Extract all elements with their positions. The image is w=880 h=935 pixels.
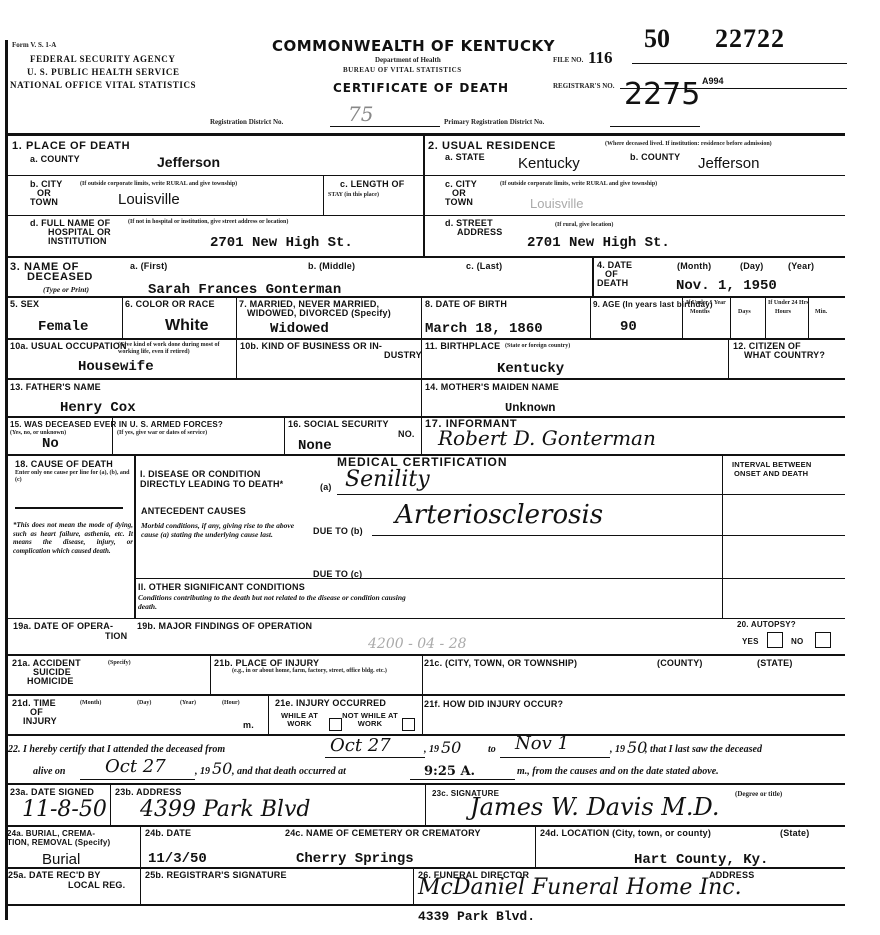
rule	[410, 779, 515, 780]
days-label: Days	[738, 309, 751, 316]
disposition-label-2: TION, REMOVAL (Specify)	[7, 838, 110, 847]
injury-state-label: (STATE)	[757, 659, 793, 668]
date-recd-label-2: LOCAL REG.	[68, 881, 125, 890]
alive-year-prefix: , 19	[195, 768, 210, 777]
date-recd-label: 25a. DATE REC'D BY	[8, 871, 101, 880]
registrars-no-line	[620, 88, 847, 89]
time-of-injury-injury: INJURY	[23, 717, 57, 726]
autopsy-yes-checkbox[interactable]	[767, 632, 783, 648]
divider	[112, 416, 113, 454]
res-state-value: Kentucky	[518, 156, 580, 171]
city-value: Louisville	[118, 192, 180, 207]
agency-line-2: U. S. PUBLIC HEALTH SERVICE	[27, 67, 180, 77]
cert-from-year: 50	[441, 738, 461, 758]
dob-value: March 18, 1860	[425, 322, 543, 336]
cert-line1-a: 22. I hereby certify that I attended the…	[8, 746, 225, 755]
city-note: (If outside corporate limits, write RURA…	[80, 181, 237, 188]
sex-label: 5. SEX	[10, 300, 39, 309]
date-signed-value: 11-8-50	[22, 800, 107, 820]
res-state-label: a. STATE	[445, 153, 485, 162]
city-label-town: TOWN	[30, 198, 58, 207]
findings-label: 19b. MAJOR FINDINGS OF OPERATION	[137, 622, 312, 631]
row-line	[5, 654, 845, 656]
cert-line1-b: , that I last saw the deceased	[645, 746, 762, 755]
day-label: (Day)	[740, 262, 764, 271]
deceased-name-value: Sarah Frances Gonterman	[148, 283, 341, 297]
cause-note: Enter only one cause per line for (a), (…	[15, 470, 130, 483]
row-line	[134, 578, 374, 579]
res-city-value: Louisville	[530, 196, 583, 211]
race-value: White	[165, 318, 209, 333]
row-line	[5, 256, 845, 258]
row-line	[423, 175, 845, 176]
burial-date-value: 11/3/50	[148, 852, 207, 866]
row-line	[5, 734, 845, 736]
line-b-value: Arteriosclerosis	[395, 505, 603, 525]
res-street-value: 2701 New High St.	[527, 236, 670, 250]
registrars-no-handwritten: 2275	[624, 80, 700, 110]
res-city-note: (If outside corporate limits, write RURA…	[500, 181, 657, 188]
date-of-operation-label: 19a. DATE OF OPERA-	[13, 622, 113, 631]
date-signed-label: 23a. DATE SIGNED	[10, 788, 94, 797]
divider	[236, 296, 237, 338]
address-label: 23b. ADDRESS	[115, 788, 182, 797]
state-title: COMMONWEALTH OF KENTUCKY	[272, 37, 555, 55]
signature-value: James W. Davis M.D.	[470, 797, 720, 817]
divider	[728, 338, 729, 378]
injury-city-label: 21c. (CITY, TOWN, OR TOWNSHIP)	[424, 659, 577, 668]
age-value: 90	[620, 320, 637, 334]
ssn-value: None	[298, 439, 332, 453]
cert-line2-b: m., from the causes and on the date stat…	[517, 768, 719, 777]
not-while-at-work-checkbox[interactable]	[402, 718, 415, 731]
row-line	[5, 378, 845, 380]
location-label: 24d. LOCATION (City, town, or county)	[540, 829, 711, 838]
usual-residence-note: (Where deceased lived. If institution: r…	[605, 141, 772, 148]
sex-value: Female	[38, 320, 88, 334]
row-line	[5, 618, 845, 619]
time-day: (Day)	[137, 700, 151, 707]
citizen-label-2: WHAT COUNTRY?	[744, 351, 825, 360]
armed-forces-label: 15. WAS DECEASED EVER IN U. S. ARMED FOR…	[10, 420, 223, 429]
mother-label: 14. MOTHER'S MAIDEN NAME	[425, 383, 559, 392]
row-line	[5, 296, 845, 298]
res-street-note: (If rural, give location)	[555, 222, 613, 229]
file-no-label: FILE NO.	[553, 57, 583, 64]
informant-value: Robert D. Gonterman	[438, 428, 656, 448]
time-hour: (Hour)	[222, 700, 240, 707]
hospital-value: 2701 New High St.	[210, 236, 353, 250]
disease-label: I. DISEASE OR CONDITION	[140, 470, 261, 479]
marital-value: Widowed	[270, 322, 329, 336]
divider	[140, 825, 141, 904]
divider	[682, 296, 683, 338]
date-of-death-death: DEATH	[597, 279, 628, 288]
county-value: Jefferson	[157, 155, 220, 170]
name-type-or-print: (Type or Print)	[43, 286, 89, 295]
registrars-no-typed: A994	[702, 76, 724, 86]
divider	[122, 296, 123, 338]
divider	[236, 338, 237, 378]
cert-from-year-prefix: , 19	[424, 746, 439, 755]
location-value: Hart County, Ky.	[634, 853, 768, 867]
month-label: (Month)	[677, 262, 711, 271]
disease-label-2: DIRECTLY LEADING TO DEATH*	[140, 480, 283, 489]
marital-label-2: WIDOWED, DIVORCED (Specify)	[247, 309, 391, 318]
bureau-label: BUREAU OF VITAL STATISTICS	[343, 67, 462, 74]
father-value: Henry Cox	[60, 401, 136, 415]
row-line	[5, 694, 845, 696]
agency-line-1: FEDERAL SECURITY AGENCY	[30, 54, 176, 64]
hospital-note: (If not in hospital or institution, give…	[128, 219, 288, 226]
place-of-death-label: 1. PLACE OF DEATH	[12, 141, 130, 152]
armed-forces-note2: (If yes, give war or dates of service)	[117, 430, 207, 437]
left-border	[5, 40, 8, 920]
row-line	[5, 904, 845, 906]
hospital-label-3: INSTITUTION	[48, 237, 107, 246]
res-county-label: b. COUNTY	[630, 153, 680, 162]
father-label: 13. FATHER'S NAME	[10, 383, 101, 392]
occupation-label: 10a. USUAL OCCUPATION	[10, 342, 127, 351]
row-line	[5, 215, 423, 216]
cause-label: 18. CAUSE OF DEATH	[15, 460, 113, 469]
divider	[413, 867, 414, 904]
row-line	[5, 825, 845, 827]
occurred-at-label: , and that death occurred at	[232, 768, 346, 777]
under-24hr-label: If Under 24 Hrs	[768, 300, 809, 307]
divider	[421, 296, 422, 338]
disposition-value: Burial	[42, 852, 80, 867]
line-a-rule	[337, 494, 845, 495]
months-label: Months	[690, 309, 710, 316]
ssn-label-2: NO.	[398, 430, 415, 439]
divider	[423, 133, 425, 256]
registration-district-value: 75	[348, 102, 373, 126]
cert-to-date: Nov 1	[515, 734, 569, 754]
divider	[765, 296, 766, 338]
certificate-title: CERTIFICATE OF DEATH	[333, 81, 509, 95]
under-1yr-label: If Under 1 Year	[686, 300, 726, 307]
other-conditions-label: II. OTHER SIGNIFICANT CONDITIONS	[138, 583, 305, 592]
footnote: *This does not mean the mode of dying, s…	[13, 521, 133, 555]
funeral-address-value: 4339 Park Blvd.	[418, 910, 535, 924]
mother-value: Unknown	[505, 401, 555, 415]
time-month: (Month)	[80, 700, 101, 707]
year-label: (Year)	[788, 262, 814, 271]
file-no-line	[632, 63, 847, 64]
rule	[80, 779, 195, 780]
birthplace-note: (State or foreign country)	[505, 343, 570, 350]
place-of-injury-label: 21b. PLACE OF INJURY	[214, 659, 319, 668]
rule	[500, 757, 610, 758]
birthplace-label: 11. BIRTHPLACE	[425, 342, 500, 351]
autopsy-no-label: NO	[791, 637, 803, 646]
cemetery-label: 24c. NAME OF CEMETERY OR CREMATORY	[285, 829, 481, 838]
divider	[421, 338, 422, 378]
county-label: a. COUNTY	[30, 155, 80, 164]
line-a-label: (a)	[320, 483, 332, 492]
divider	[535, 825, 536, 867]
row-line	[5, 175, 423, 176]
divider	[134, 454, 136, 618]
row-line	[5, 867, 845, 869]
autopsy-yes-label: YES	[742, 637, 759, 646]
divider	[590, 296, 591, 338]
registration-district-label: Registration District No.	[210, 119, 283, 126]
dob-label: 8. DATE OF BIRTH	[425, 300, 507, 309]
divider	[284, 416, 285, 454]
row-line	[5, 338, 845, 340]
homicide-label: HOMICIDE	[27, 677, 74, 686]
divider	[722, 454, 723, 618]
line-c-rule-top	[372, 578, 845, 579]
alive-on-date: Oct 27	[105, 757, 166, 777]
occupation-value: Housewife	[78, 360, 154, 374]
divider	[110, 783, 111, 825]
date-of-death-value: Nov. 1, 1950	[676, 279, 777, 293]
footnote-rule	[15, 507, 123, 509]
place-of-injury-note: (e.g., in or about home, farm, factory, …	[232, 668, 420, 675]
department-label: Department of Health	[375, 57, 441, 64]
length-of-stay-label: c. LENGTH OF	[340, 180, 404, 189]
burial-date-label: 24b. DATE	[145, 829, 191, 838]
name-label-2: DECEASED	[27, 272, 93, 283]
armed-forces-value: No	[42, 437, 59, 451]
cemetery-value: Cherry Springs	[296, 852, 414, 866]
business-label-2: DUSTRY	[384, 351, 422, 360]
disposition-label: 24a. BURIAL, CREMA-	[7, 829, 95, 838]
agency-line-3: NATIONAL OFFICE VITAL STATISTICS	[10, 80, 196, 90]
primary-district-line	[610, 126, 700, 127]
specify-label: (Specify)	[108, 660, 131, 667]
registrars-no-label: REGISTRAR'S NO.	[553, 83, 614, 90]
middle-label: b. (Middle)	[308, 262, 355, 271]
location-state-label: (State)	[780, 829, 809, 838]
divider	[592, 256, 594, 296]
last-label: c. (Last)	[466, 262, 502, 271]
injury-occurred-label: 21e. INJURY OCCURRED	[275, 699, 386, 708]
other-conditions-note: Conditions contributing to the death but…	[138, 594, 408, 611]
stamp-year: 50	[644, 24, 670, 54]
min-label: Min.	[815, 309, 827, 316]
alive-on-label: alive on	[33, 768, 66, 777]
row-line	[423, 215, 845, 216]
divider	[421, 416, 422, 454]
occupation-note: (Give kind of work done during most of w…	[118, 342, 230, 355]
interval-label: INTERVAL BETWEEN	[732, 460, 811, 469]
autopsy-no-checkbox[interactable]	[815, 632, 831, 648]
res-county-value: Jefferson	[698, 156, 759, 171]
divider	[425, 783, 426, 825]
interval-label-2: ONSET AND DEATH	[734, 469, 808, 478]
usual-residence-label: 2. USUAL RESIDENCE	[428, 141, 556, 152]
funeral-director-value: McDaniel Funeral Home Inc.	[418, 878, 742, 898]
findings-faint-text: 4200 - 04 - 28	[368, 634, 467, 654]
registration-district-line	[330, 126, 440, 127]
top-border	[5, 133, 845, 136]
divider	[210, 654, 211, 694]
line-a-value: Senility	[345, 470, 430, 490]
divider	[730, 296, 731, 338]
birthplace-value: Kentucky	[497, 362, 564, 376]
alive-year: 50	[212, 759, 232, 779]
autopsy-label: 20. AUTOPSY?	[737, 620, 796, 629]
first-label: a. (First)	[130, 262, 168, 271]
degree-label: (Degree or title)	[735, 791, 782, 798]
morbid-note: Morbid conditions, if any, giving rise t…	[141, 522, 301, 539]
time-m: m.	[243, 721, 254, 730]
cert-to-year-prefix: , 19	[610, 746, 625, 755]
time-year: (Year)	[180, 700, 196, 707]
race-label: 6. COLOR OR RACE	[125, 300, 215, 309]
how-injury-label: 21f. HOW DID INJURY OCCUR?	[424, 700, 563, 709]
due-to-b-label: DUE TO (b)	[313, 527, 363, 536]
res-street-label-2: ADDRESS	[457, 228, 502, 237]
cert-from-date: Oct 27	[330, 736, 391, 756]
registrar-signature-label: 25b. REGISTRAR'S SIGNATURE	[145, 871, 287, 880]
date-of-operation-label-2: TION	[105, 632, 127, 641]
line-b-rule	[372, 535, 845, 536]
not-while-at-work-label: NOT WHILE AT WORK	[340, 712, 400, 728]
while-at-work-label: WHILE AT WORK	[272, 712, 327, 728]
address-value: 4399 Park Blvd	[140, 800, 310, 820]
res-city-town: TOWN	[445, 198, 473, 207]
form-number: Form V. S. 1-A	[12, 42, 56, 49]
hours-label: Hours	[775, 309, 791, 316]
stamp-number: 22722	[715, 24, 785, 54]
cert-to-word: to	[488, 746, 496, 755]
primary-registration-district-label: Primary Registration District No.	[444, 119, 544, 126]
divider	[268, 694, 269, 734]
antecedent-label: ANTECEDENT CAUSES	[141, 507, 246, 516]
divider	[421, 378, 422, 416]
rule	[325, 757, 425, 758]
ssn-label: 16. SOCIAL SECURITY	[288, 420, 389, 429]
divider	[323, 175, 324, 215]
file-no: 116	[588, 48, 613, 68]
business-label: 10b. KIND OF BUSINESS OR IN-	[240, 342, 382, 351]
length-of-stay-label2: STAY (in this place)	[328, 192, 379, 199]
injury-county-label: (COUNTY)	[657, 659, 703, 668]
